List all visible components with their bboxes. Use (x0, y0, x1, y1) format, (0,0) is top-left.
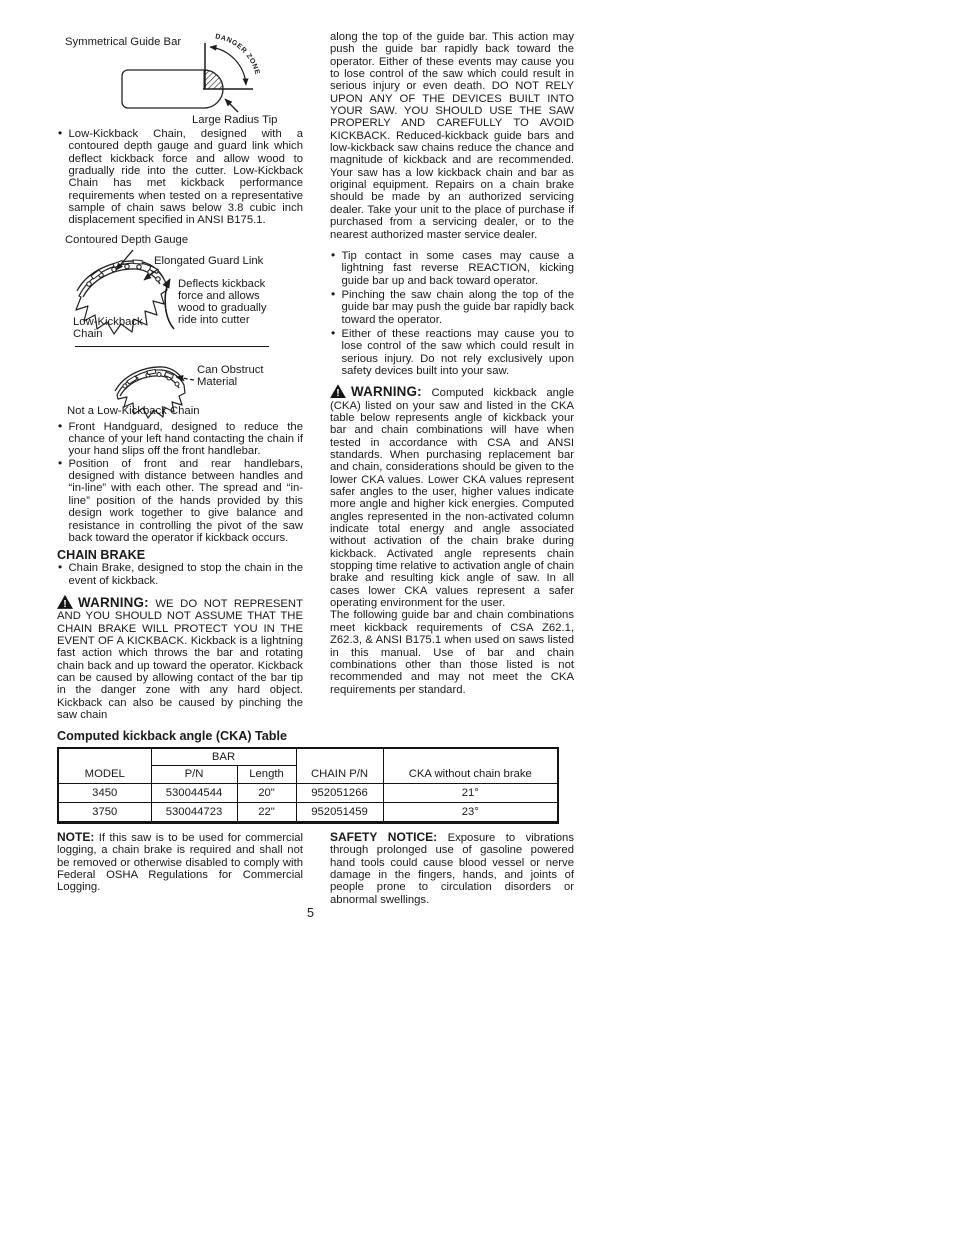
cka-table-title: Computed kickback angle (CKA) Table (57, 729, 558, 744)
cka-table: MODEL BAR CHAIN P/N CKA without chain br… (57, 747, 559, 824)
cell-chain-pn: 952051266 (296, 783, 383, 803)
bullet-chain-brake: Chain Brake, designed to stop the chain … (57, 562, 303, 587)
large-radius-tip-arrow-icon (225, 99, 238, 112)
header-length: Length (237, 765, 296, 783)
right-warning-paragraph: WARNING: Computed kickback angle (CKA) l… (330, 384, 574, 609)
table-row: 3750 530044723 22" 952051459 23° (58, 803, 558, 823)
bullet-pinching: Pinching the saw chain along the top of … (330, 289, 574, 326)
cka-table-block: Computed kickback angle (CKA) Table MODE… (57, 729, 558, 824)
right-warning-text: Computed kickback angle (CKA) listed on … (330, 387, 574, 609)
label-symmetrical-guide-bar: Symmetrical Guide Bar (65, 36, 181, 48)
note-paragraph: NOTE: If this saw is to be used for comm… (57, 831, 303, 894)
table-header-row-1: MODEL BAR CHAIN P/N CKA without chain br… (58, 748, 558, 765)
bullet-front-handguard: Front Handguard, designed to reduce the … (57, 421, 303, 458)
header-model: MODEL (58, 748, 151, 783)
danger-zone-text: DANGER ZONE (215, 33, 261, 75)
safety-notice-paragraph: SAFETY NOTICE: Exposure to vibrations th… (330, 831, 574, 906)
header-chain-pn: CHAIN P/N (296, 748, 383, 783)
note-text: If this saw is to be used for commercial… (57, 832, 303, 893)
label-large-radius-tip: Large Radius Tip (192, 114, 277, 126)
cell-length: 22" (237, 803, 296, 823)
left-column: DANGER ZONE Symmetrical Guide Bar Large … (57, 30, 303, 721)
safety-notice-label: SAFETY NOTICE: (330, 830, 437, 844)
label-not-low-kickback-chain: Not a Low-Kickback Chain (67, 405, 200, 417)
table-row: 3450 530044544 20" 952051266 21° (58, 783, 558, 803)
left-warning-label: WARNING: (78, 595, 149, 610)
label-low-kickback-chain: Low-Kickback Chain (73, 316, 155, 340)
cell-model: 3750 (58, 803, 151, 823)
left-warning-text: WE DO NOT REPRESENT AND YOU SHOULD NOT A… (57, 598, 303, 721)
right-column: along the top of the guide bar. This act… (330, 25, 574, 696)
bullet-either-reaction: Either of these reactions may cause you … (330, 328, 574, 377)
header-cka: CKA without chain brake (383, 748, 558, 783)
figure-divider (75, 346, 269, 347)
right-warning-label: WARNING: (351, 384, 422, 399)
left-warning-paragraph: WARNING: WE DO NOT REPRESENT AND YOU SHO… (57, 595, 303, 721)
cell-bar-pn: 530044544 (151, 783, 237, 803)
label-elongated-guard-link: Elongated Guard Link (154, 255, 263, 267)
figure-not-low-kickback-chain: Can Obstruct Material Not a Low-Kickback… (57, 350, 303, 421)
cell-length: 20" (237, 783, 296, 803)
manual-page: DANGER ZONE Symmetrical Guide Bar Large … (0, 0, 954, 1235)
cell-bar-pn: 530044723 (151, 803, 237, 823)
following-combinations-paragraph: The following guide bar and chain combin… (330, 609, 574, 695)
cell-model: 3450 (58, 783, 151, 803)
header-pn: P/N (151, 765, 237, 783)
right-top-paragraph: along the top of the guide bar. This act… (330, 31, 574, 241)
label-deflects-kickback: Deflects kickback force and allows wood … (178, 278, 286, 327)
chain-brake-heading: CHAIN BRAKE (57, 548, 303, 562)
bullet-handlebar-position: Position of front and rear handlebars, d… (57, 458, 303, 544)
cell-chain-pn: 952051459 (296, 803, 383, 823)
deflect-curved-arrow-icon (165, 279, 174, 329)
page-number: 5 (307, 906, 314, 920)
note-block: NOTE: If this saw is to be used for comm… (57, 831, 303, 894)
danger-zone-hatch (204, 70, 223, 89)
figure-guide-bar: DANGER ZONE Symmetrical Guide Bar Large … (57, 30, 303, 128)
note-label: NOTE: (57, 830, 94, 844)
label-contoured-depth-gauge: Contoured Depth Gauge (65, 234, 188, 246)
safety-notice-block: SAFETY NOTICE: Exposure to vibrations th… (330, 831, 574, 906)
cell-cka: 23° (383, 803, 558, 823)
figure-low-kickback-chain: Contoured Depth Gauge Elongated Guard Li… (57, 234, 303, 346)
danger-zone-arc-label: DANGER ZONE (215, 33, 261, 75)
warning-triangle-icon (57, 595, 73, 609)
bullet-tip-contact: Tip contact in some cases may cause a li… (330, 250, 574, 287)
bullet-low-kickback-chain: Low-Kickback Chain, designed with a cont… (57, 128, 303, 227)
label-can-obstruct-material: Can Obstruct Material (197, 364, 287, 388)
cell-cka: 21° (383, 783, 558, 803)
warning-triangle-icon-2 (330, 384, 346, 398)
header-bar: BAR (151, 748, 296, 765)
